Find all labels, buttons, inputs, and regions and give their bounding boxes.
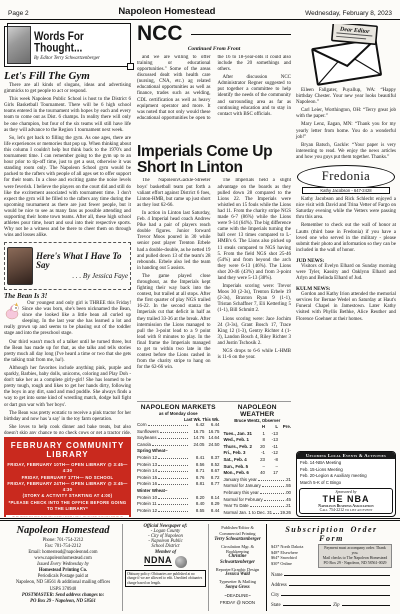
newspaper-page: Page 2 Napoleon Homestead Wednesday, Feb… [0,0,400,614]
fredonia-contact: Kathy Jacobson - 647-2428 [302,187,390,194]
article-paragraph: Lions scoring were: Jace Jochim 24 (3-3s… [218,317,292,347]
form-field-state-zip: State Zip [271,602,392,608]
form-field-name: Name [271,572,392,578]
staff-name: Sonya Gross [211,585,264,591]
weather-row: Thurs., Feb. 220-11 [223,444,291,451]
article-paragraph: The Napoleon/Gackle-Streeter boys' baske… [137,178,211,208]
market-row: Canola24.0524.50 [137,442,219,449]
jessica-column-byline: . . . By Jessica Faye [36,272,128,280]
staff-name: Christine Schwartzenberger [211,554,264,566]
middle-column: NCC Continued From Front and we are will… [134,23,294,517]
weather-stat: Normal Jan. 1 to Dec. 3119.26 [223,510,291,517]
jessica-column-heading: Here's What I Have To Say . . . By Jessi… [36,252,128,281]
nba-sponsor-box: Sponsored by THE NBA Napoleon Business A… [299,488,393,514]
page-number: Page 2 [8,10,29,17]
article-the-bean-is-3: The Bean Is 3! Our youngest and only gir… [4,292,131,434]
staff-name: Terry Schwartzenberger [211,537,264,543]
article-paragraph: NGS drops to 6-6 while L-HMB is 11-6 on … [218,349,292,361]
jessica-column-box: Here's What I Have To Say . . . By Jessi… [4,242,131,290]
address-blank-line [289,582,390,586]
column-byline: By Editor Terry Schwartzenberger [34,56,128,61]
masthead-name: Napoleon Homestead [4,524,122,538]
page-body: Words For Thought... By Editor Terry Sch… [0,20,400,518]
city-blank-line [281,592,390,596]
article-paragraph: Our youngest and only girl is THREE this… [4,301,131,338]
market-row: Protein 108.208.14 [137,495,219,502]
letter: Carl Leier, Worthington, OH: “Terry grea… [296,108,396,120]
ndna-logo: NDNA [144,556,172,566]
letter: Eileen Fallgater, Puyallup, WA: “Happy b… [296,88,396,106]
obituary-policy: Obituary policy: Obituaries are publishe… [125,570,206,587]
events-title: Upcoming Local Events & Activities [297,452,395,459]
issue-date: Wednesday, February 8, 2023 [305,10,392,17]
article-title: Let's Fill The Gym [4,70,131,82]
article-lets-fill-the-gym: Let's Fill The Gym There are all kinds o… [4,70,131,240]
weather-title: NAPOLEON WEATHER [223,404,291,418]
article-paragraph: After discussion NCC Administrator Regne… [218,75,292,118]
price-option: $30* Online [271,561,315,567]
form-field-city: City [271,592,392,598]
imperials-article-title: Imperials Come Up Short In Linton [137,144,291,176]
right-column: Dear Editor Eileen Fallgater, Puyallup, … [294,23,396,517]
article-paragraph: Imperials scoring were: Trevor Moos 30 (… [218,284,292,314]
official-item: School District [125,544,206,549]
article-paragraph: In action in Linton last Saturday, Feb. … [137,211,211,272]
ad-line: *PLEASE CHECK INTO THE OFFICE BEFORE GOI… [6,500,129,513]
article-paragraph: So, let's get back to filling the gym. A… [4,136,131,240]
event-item: Feb. 14-NBA Meeting [297,459,395,466]
markets-title: NAPOLEON MARKETS [137,404,219,411]
subscription-title: Subscription Order Form [271,525,392,543]
deadline-value: FRIDAY @ NOON [211,600,264,605]
weather-stat: Normal for January.55 [223,483,291,490]
headline-rule [191,34,292,35]
ad-line: FRIDAY, FEBRUARY 17TH— NO SCHOOL [6,475,129,481]
weather-stat: February this year.00 [223,490,291,497]
article-paragraph: The Imperials held a slight advantage on… [218,178,292,282]
weather-row: Sun., Feb. 5–– [223,464,291,471]
staff-role: Circulation Mgr. & Bookkeeping [211,544,264,555]
dear-editor-envelope-icon: Dear Editor [300,24,392,86]
article-paragraph: Although her favorites include anything … [4,366,131,409]
weather-row: Mon., Feb. 64017 [223,470,291,477]
left-column: Words For Thought... By Editor Terry Sch… [4,23,134,517]
market-row: Soybeans14.7614.64 [137,435,219,442]
article-paragraph: Kathy Jacobson and Rick Schlecht enjoyed… [296,197,396,221]
upcoming-events-box: Upcoming Local Events & Activities Feb. … [296,451,396,517]
event-item: Feb. 20-Legion & Auxiliary meeting [297,472,395,479]
official-newspaper-column: Official Newspaper of: - Logan County - … [122,524,208,611]
nba-name: THE NBA [301,494,391,504]
mail-address: PO Box 29 - Napoleon, ND 58561-0029 [321,561,389,566]
napoleon-weather-table: NAPOLEON WEATHER Bruce Wentz, Observer H… [223,404,291,517]
continued-from-front-label: Continued From Front [137,46,291,52]
name-blank-line [284,572,390,576]
article-paragraph: Remember to check out the wall of honor … [296,223,396,253]
event-item: Feb. 15-Lions Meeting [297,466,395,473]
fredonia-news: Kathy Jacobson and Rick Schlecht enjoyed… [296,197,396,256]
paper-name: Napoleon Homestead [118,6,215,17]
page-footer: Napoleon Homestead Phone: 701-754-2212 F… [0,518,400,614]
kulm-news-text: Gordon and Kathy Irion attended the memo… [296,292,396,322]
deadline-label: ~DEADLINE~ [211,593,264,598]
market-row: Protein 158.768.72 [137,475,219,482]
event-item: March 5-K of C Bingo [297,479,395,486]
jessica-photo [7,247,33,285]
article-paragraph: Our third wasn't much of a talker until … [4,340,131,364]
article-title: The Bean Is 3! [4,292,131,300]
ncc-article-body: and we are willing to offer training or … [137,55,291,141]
dear-editor-letters: Eileen Fallgater, Puyallup, WA: “Happy b… [296,88,396,163]
words-for-thought-text: Words For Thought... By Editor Terry Sch… [34,26,128,64]
association-seal-icon [175,556,187,568]
fredonia-title: Fredonia [322,169,370,183]
ncc-article-title: NCC [137,25,183,44]
weather-row: Sat., Feb. 423-8 [223,457,291,464]
article-paragraph: This week Napoleon Public School is host… [4,97,131,134]
payment-note-box: Payment must accompany order. Thank you.… [318,544,392,568]
zip-blank-line [342,602,391,606]
weather-subtitle: Bruce Wentz, Observer [223,418,291,423]
jud-news-text: Visitors of Evelyn Elhard on Sunday morn… [296,264,396,282]
jessica-column-title: Here's What I Have To Say [36,252,128,271]
tables-row: NAPOLEON MARKETS as of Monday close Last… [137,401,291,517]
weather-row: Tues., Jan. 311-13 [223,431,291,438]
weather-header-row: H L Pre. [223,424,291,431]
state-blank-line [283,602,332,606]
article-paragraph: The game played close throughout, as the… [137,274,211,372]
masthead-postage2: Napoleon, ND 58561 & additional mailing … [4,580,122,586]
unicorn-icon [4,302,20,320]
market-row: Protein 168.818.77 [137,481,219,488]
column-title: Words For Thought... [34,32,128,55]
article-paragraph: There are all kinds of slogans, ideas an… [4,83,131,95]
payment-note: Payment must accompany order. Thank you. [321,546,389,556]
market-row: Protein 128.558.44 [137,508,219,515]
staff-role: Publisher/Editor & [211,525,264,530]
ad-line: FRIDAY, FEBRUARY 10TH— OPEN LIBRARY @ 3:… [6,462,129,475]
masthead-address: PO Box 29 - Napoleon, ND 58561 [4,599,122,605]
fredonia-column-header: Fredonia [297,165,395,189]
imperials-article-body: The Napoleon/Gackle-Streeter boys' baske… [137,178,291,401]
article-paragraph: She loves to help cook dinner and bake t… [4,425,131,434]
subscription-prices: $43* North Dakota $48* Elsewhere $64* Sn… [271,544,315,568]
market-section: Spring Wheat– [137,448,219,455]
markets-subtitle: as of Monday close [137,411,219,416]
letter: Bryan Batsch, Gackle: “Your paper is ver… [296,143,396,161]
market-row: Protein 138.568.52 [137,462,219,469]
market-row: Protein 128.418.37 [137,455,219,462]
weather-row: Wed., Feb. 18-13 [223,437,291,444]
ad-title: FEBRUARY COMMUNITY LIBRARY [6,441,129,459]
nba-call: Call 754-2212 to list an event [301,508,391,512]
article-paragraph: The Bean was pretty ecstatic to receive … [4,411,131,423]
weather-stat: January this year.21 [223,477,291,484]
editor-photo [7,26,31,64]
ad-footnote: IF THESE TIMES DON'T WORK FOR YOU, PLEAS… [6,515,129,517]
staff-column: Publisher/Editor & Commercial Printing T… [208,524,266,611]
weather-stat: Normal for February.45 [223,497,291,504]
page-header: Page 2 Napoleon Homestead Wednesday, Feb… [0,0,400,20]
words-for-thought-box: Words For Thought... By Editor Terry Sch… [4,23,131,67]
weather-row: Fri., Feb. 3-1-12 [223,450,291,457]
ad-line: (STORY & ACTIVITY STARTING AT 4:00) [6,493,129,499]
subscription-prices-row: $43* North Dakota $48* Elsewhere $64* Sn… [271,544,392,568]
letter: Mary Lenz, Eagan, MN: “Thank you for my … [296,122,396,140]
form-field-address: Address [271,582,392,588]
masthead: Napoleon Homestead Phone: 701-754-2212 F… [4,524,122,611]
market-section: Winter Wheat– [137,488,219,495]
ncc-headline-row: NCC [137,25,291,44]
weather-stat: Year To Date.21 [223,503,291,510]
subscription-order-form: Subscription Order Form $43* North Dakot… [266,524,396,611]
market-row: Sunflowers16.7516.75 [137,429,219,436]
staff-name: Jessica Wald [211,572,264,578]
community-library-ad: FEBRUARY COMMUNITY LIBRARY FRIDAY, FEBRU… [4,437,131,517]
market-row: Protein 148.718.67 [137,468,219,475]
market-row: Protein 118.408.29 [137,501,219,508]
ad-line: FRIDAY, FEBRUARY 24TH— OPEN LIBRARY @ 3:… [6,481,129,494]
dear-editor-graphic: Dear Editor [296,23,396,87]
market-row: Corn6.426.44 [137,422,219,429]
napoleon-markets-table: NAPOLEON MARKETS as of Monday close Last… [137,404,219,517]
